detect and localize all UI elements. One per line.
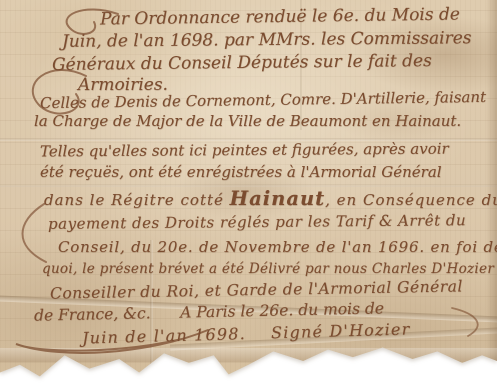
scanned-document-page: { "colors": { "background": "#ffffff", "… [0, 0, 497, 384]
manuscript-text: Juin, de l'an 1698. par MMrs. les Commis… [62, 28, 472, 52]
manuscript-text: été reçuës, ont été enrégistrées à l'Arm… [40, 163, 442, 181]
manuscript-text: la Charge de Major de la Ville de Beaumo… [34, 112, 461, 130]
manuscript-text: quoi, le présent brévet a été Délivré pa… [42, 261, 494, 277]
manuscript-line: quoi, le présent brévet a été Délivré pa… [42, 261, 494, 277]
manuscript-line: Juin de l'an 1698. Signé D'Hozier [82, 319, 411, 347]
manuscript-line: Conseiller du Roi, et Garde de l'Armoria… [50, 277, 463, 302]
manuscript-line: payement des Droits réglés par les Tarif… [48, 211, 466, 233]
manuscript-line: dans le Régitre cotté Hainaut, en Conséq… [44, 187, 497, 210]
manuscript-paper: Par Ordonnance renduë le 6e. du Mois deJ… [0, 0, 497, 384]
manuscript-text: Conseil, du 20e. de Novembre de l'an 169… [58, 238, 497, 256]
manuscript-line: Juin, de l'an 1698. par MMrs. les Commis… [62, 28, 472, 52]
manuscript-text: Par Ordonnance renduë le 6e. du Mois de [100, 4, 460, 29]
manuscript-text: Telles qu'elles sont ici peintes et figu… [40, 140, 449, 161]
manuscript-line: Par Ordonnance renduë le 6e. du Mois de [100, 4, 460, 29]
manuscript-text: , en Conséquence du [325, 191, 497, 209]
manuscript-line: Telles qu'elles sont ici peintes et figu… [40, 140, 449, 161]
manuscript-lines: Par Ordonnance renduë le 6e. du Mois deJ… [0, 0, 497, 384]
manuscript-text: payement des Droits réglés par les Tarif… [48, 211, 466, 233]
manuscript-line: Généraux du Conseil Députés sur le fait … [52, 51, 432, 75]
register-name-emphasis: Hainaut [230, 187, 325, 210]
manuscript-text: dans le Régitre cotté [44, 191, 230, 209]
manuscript-text: Conseiller du Roi, et Garde de l'Armoria… [50, 277, 463, 302]
manuscript-line: été reçuës, ont été enrégistrées à l'Arm… [40, 163, 442, 181]
manuscript-line: Conseil, du 20e. de Novembre de l'an 169… [58, 238, 497, 256]
manuscript-text: Juin de l'an 1698. Signé D'Hozier [82, 319, 411, 347]
paper-wrapper: Par Ordonnance renduë le 6e. du Mois deJ… [0, 0, 497, 384]
manuscript-text: Généraux du Conseil Députés sur le fait … [52, 51, 432, 75]
manuscript-line: la Charge de Major de la Ville de Beaumo… [34, 112, 461, 130]
